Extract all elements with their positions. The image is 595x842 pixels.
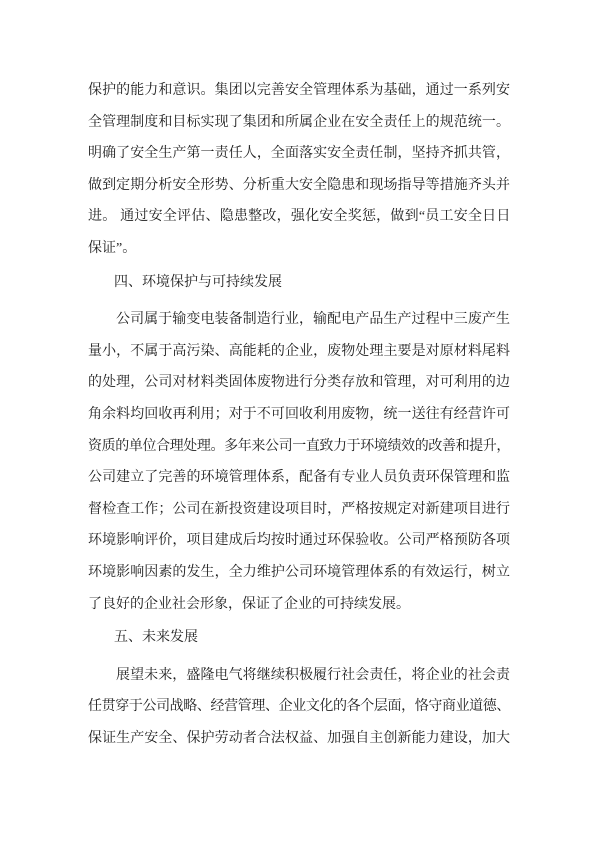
text-line: 公司属于输变电装备制造行业，输配电产品生产过程中三废产生 <box>88 304 510 336</box>
text-line: 保护的能力和意识。集团以完善安全管理体系为基础，通过一系列安 <box>88 75 510 107</box>
text-line: 保证”。 <box>88 233 510 265</box>
text-line: 保证生产安全、保护劳动者合法权益、加强自主创新能力建设，加大 <box>88 723 510 755</box>
document-page: 保护的能力和意识。集团以完善安全管理体系为基础，通过一系列安全管理制度和目标实现… <box>0 0 595 842</box>
text-line: 环境影响因素的发生，全力维护公司环境管理体系的有效运行，树立 <box>88 557 510 589</box>
text-line: 公司建立了完善的环境管理体系，配备有专业人员负责环保管理和监 <box>88 462 510 494</box>
section-heading-environment: 四、环境保护与可持续发展 <box>88 267 510 299</box>
text-line: 资质的单位合理处理。多年来公司一直致力于环境绩效的改善和提升， <box>88 431 510 463</box>
text-line: 做到定期分析安全形势、分析重大安全隐患和现场指导等措施齐头并 <box>88 170 510 202</box>
text-line: 进。 通过安全评估、隐患整改，强化安全奖惩，做到“员工安全日日 <box>88 201 510 233</box>
section-heading-future: 五、未来发展 <box>88 622 510 654</box>
text-line: 全管理制度和目标实现了集团和所属企业在安全责任上的规范统一。 <box>88 107 510 139</box>
text-line: 量小，不属于高污染、高能耗的企业，废物处理主要是对原材料尾料 <box>88 336 510 368</box>
text-line: 明确了安全生产第一责任人，全面落实安全责任制，坚持齐抓共管， <box>88 138 510 170</box>
text-line: 了良好的企业社会形象，保证了企业的可持续发展。 <box>88 589 510 621</box>
text-line: 任贯穿于公司战略、经营管理、企业文化的各个层面，恪守商业道德、 <box>88 691 510 723</box>
text-line: 展望未来，盛隆电气将继续积极履行社会责任，将企业的社会责 <box>88 660 510 692</box>
text-line: 环境影响评价，项目建成后均按时通过环保验收。公司严格预防各项 <box>88 525 510 557</box>
text-line: 角余料均回收再利用；对于不可回收利用废物，统一送往有经营许可 <box>88 399 510 431</box>
text-line: 的处理，公司对材料类固体废物进行分类存放和管理，对可利用的边 <box>88 367 510 399</box>
text-line: 督检查工作；公司在新投资建设项目时，严格按规定对新建项目进行 <box>88 494 510 526</box>
document-content: 保护的能力和意识。集团以完善安全管理体系为基础，通过一系列安全管理制度和目标实现… <box>88 75 510 754</box>
